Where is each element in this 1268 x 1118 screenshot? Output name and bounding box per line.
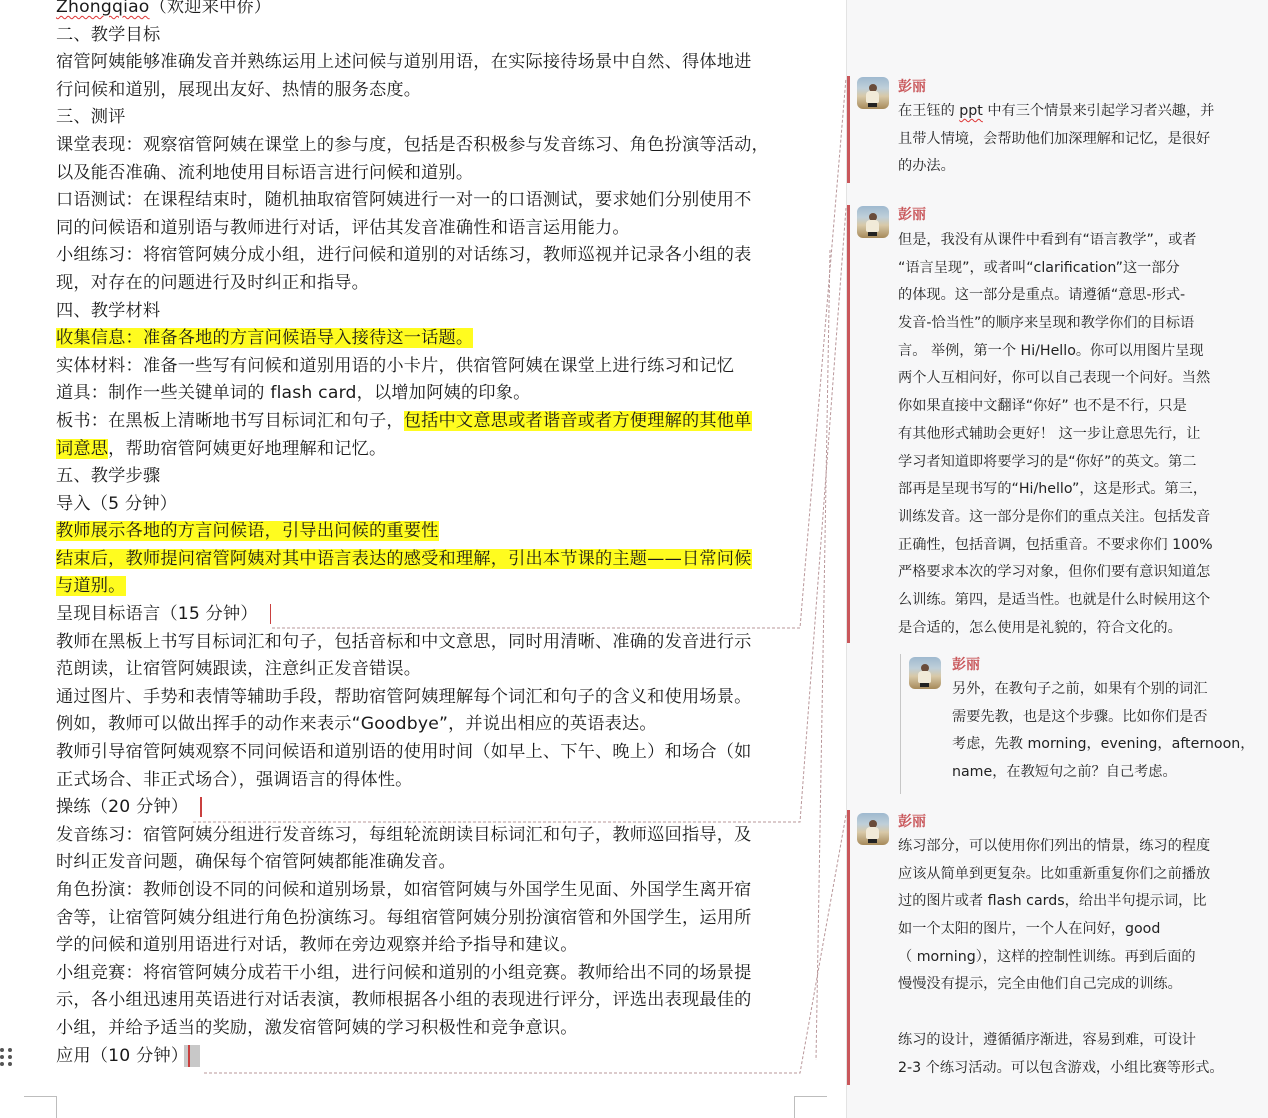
document-line: 板书：在黑板上清晰地书写目标词汇和句子，包括中文意思或者谐音或者方便理解的其他单: [56, 408, 798, 436]
comment-line: 你如果直接中文翻译“你好” 也不是不行，只是: [898, 393, 1213, 421]
document-line: 课堂表现：观察宿管阿姨在课堂上的参与度，包括是否积极参与发音练习、角色扮演等活动…: [56, 132, 798, 160]
text-run: 道具：制作一些关键单词的 flash card，以增加阿姨的印象。: [56, 383, 531, 403]
text-run: 角色扮演：教师创设不同的问候和道别场景，如宿管阿姨与外国学生见面、外国学生离开宿: [56, 880, 752, 900]
comment-line: 的办法。: [898, 153, 1214, 181]
comment-accent-bar: [847, 205, 850, 643]
document-line: Zhongqiao（欢迎来中侨）: [56, 0, 798, 22]
comment-line: 发音-恰当性”的顺序来呈现和教学你们的目标语: [898, 310, 1213, 338]
document-line: 发音练习：宿管阿姨分组进行发音练习，每组轮流朗读目标词汇和句子，教师巡回指导，及: [56, 822, 798, 850]
comment-text: 在王钰的 ppt 中有三个情景来引起学习者兴趣，并且带人情境，会帮助他们加深理解…: [898, 98, 1214, 181]
document-line: 学的问候和道别用语进行对话，教师在旁边观察并给予指导和建议。: [56, 932, 798, 960]
document-line: 与道别。: [56, 573, 798, 601]
text-run: 教师引导宿管阿姨观察不同问候语和道别语的使用时间（如早上、下午、晚上）和场合（如: [56, 742, 752, 762]
document-line: 收集信息：准备各地的方言问候语导入接待这一话题。: [56, 325, 798, 353]
highlighted-text: 与道别。: [56, 576, 126, 596]
avatar: [857, 77, 889, 109]
comment-anchor-caret[interactable]: [200, 797, 202, 817]
comment-line: 有其他形式辅助会更好！ 这一步让意思先行，让: [898, 421, 1213, 449]
comment-line: 两个人互相问好，你可以自己表现一个问好。当然: [898, 365, 1213, 393]
comment-line: 且带人情境，会帮助他们加深理解和记忆，是很好: [898, 126, 1214, 154]
document-line: 舍等，让宿管阿姨分组进行角色扮演练习。每组宿管阿姨分别扮演宿管和外国学生，运用所: [56, 905, 798, 933]
text-run: 实体材料：准备一些写有问候和道别用语的小卡片，供宿管阿姨在课堂上进行练习和记忆: [56, 356, 734, 376]
comment-line: 是合适的，怎么使用是礼貌的，符合文化的。: [898, 615, 1213, 643]
page-corner-mark-right: [794, 1096, 827, 1118]
text-run: 应用（10 分钟）: [56, 1046, 188, 1066]
comment-line: 么训练。第四，是适当性。也就是什么时候用这个: [898, 587, 1213, 615]
document-line: 角色扮演：教师创设不同的问候和道别场景，如宿管阿姨与外国学生见面、外国学生离开宿: [56, 877, 798, 905]
document-line: 宿管阿姨能够准确发音并熟练运用上述问候与道别用语，在实际接待场景中自然、得体地进: [56, 49, 798, 77]
document-line: 应用（10 分钟）: [56, 1043, 798, 1071]
comment-line: 正确性，包括音调，包括重音。不要求你们 100%: [898, 532, 1213, 560]
highlighted-text: 结束后，教师提问宿管阿姨对其中语言表达的感受和理解，引出本节课的主题——日常问候: [56, 549, 752, 569]
comment-anchor-caret[interactable]: [270, 604, 272, 624]
text-run: 小组练习：将宿管阿姨分成小组，进行问候和道别的对话练习，教师巡视并记录各小组的表: [56, 245, 752, 265]
text-run: 现，对存在的问题进行及时纠正和指导。: [56, 273, 369, 293]
comment-line: 严格要求本次的学习对象，但你们要有意识知道怎: [898, 559, 1213, 587]
text-run: 课堂表现：观察宿管阿姨在课堂上的参与度，包括是否积极参与发音练习、角色扮演等活动…: [56, 135, 769, 155]
reply-avatar: [909, 657, 941, 689]
text-run: 呈现目标语言（15 分钟）: [56, 604, 258, 624]
document-line: 教师在黑板上书写目标词汇和句子，包括音标和中文意思，同时用清晰、准确的发音进行示: [56, 629, 798, 657]
text-run: 教师在黑板上书写目标词汇和句子，包括音标和中文意思，同时用清晰、准确的发音进行示: [56, 632, 752, 652]
drag-handle-icon[interactable]: [0, 1048, 12, 1072]
comment-author: 彭丽: [898, 206, 926, 224]
text-run: 二、教学目标: [56, 25, 160, 45]
reply-indent-bar: [900, 654, 901, 794]
document-line: 小组练习：将宿管阿姨分成小组，进行问候和道别的对话练习，教师巡视并记录各小组的表: [56, 242, 798, 270]
text-run: 小组，并给予适当的奖励，激发宿管阿姨的学习积极性和竞争意识。: [56, 1018, 578, 1038]
page-corner-mark-left: [24, 1096, 57, 1118]
misspelled-word: Zhongqiao: [56, 0, 150, 17]
text-run: 以及能否准确、流利地使用目标语言进行问候和道别。: [56, 163, 473, 183]
text-run: 导入（5 分钟）: [56, 494, 177, 514]
document-body[interactable]: Zhongqiao（欢迎来中侨）二、教学目标宿管阿姨能够准确发音并熟练运用上述问…: [56, 0, 798, 1070]
text-run: （欢迎来中侨）: [150, 0, 272, 17]
document-line: 通过图片、手势和表情等辅助手段，帮助宿管阿姨理解每个词汇和句子的含义和使用场景。: [56, 684, 798, 712]
comment-line: name，在教短句之前？自己考虑。: [952, 759, 1254, 787]
comment-line: 训练发音。这一部分是你们的重点关注。包括发音: [898, 504, 1213, 532]
reply-author: 彭丽: [952, 656, 980, 674]
document-line: 行问候和道别，展现出友好、热情的服务态度。: [56, 77, 798, 105]
document-line: 示，各小组迅速用英语进行对话表演，教师根据各小组的表现进行评分，评选出表现最佳的: [56, 987, 798, 1015]
comment-line: 过的图片或者 flash cards，给出半句提示词，比: [898, 888, 1224, 916]
highlighted-text: 词意思: [56, 439, 108, 459]
document-page: Zhongqiao（欢迎来中侨）二、教学目标宿管阿姨能够准确发音并熟练运用上述问…: [0, 0, 846, 1118]
comment-author: 彭丽: [898, 78, 926, 96]
text-run: 例如，教师可以做出挥手的动作来表示“Goodbye”，并说出相应的英语表达。: [56, 714, 657, 734]
document-line: 例如，教师可以做出挥手的动作来表示“Goodbye”，并说出相应的英语表达。: [56, 711, 798, 739]
comment-line: 应该从简单到更复杂。比如重新重复你们之前播放: [898, 861, 1224, 889]
text-run: 范朗读，让宿管阿姨跟读，注意纠正发音错误。: [56, 659, 421, 679]
document-line: 小组，并给予适当的奖励，激发宿管阿姨的学习积极性和竞争意识。: [56, 1015, 798, 1043]
highlighted-text: 收集信息：准备各地的方言问候语导入接待这一话题。: [56, 328, 473, 348]
reply-text: 另外，在教句子之前，如果有个别的词汇需要先教，也是这个步骤。比如你们是否考虑，先…: [952, 676, 1254, 787]
text-run: 正式场合、非正式场合），强调语言的得体性。: [56, 770, 413, 790]
document-line: 教师引导宿管阿姨观察不同问候语和道别语的使用时间（如早上、下午、晚上）和场合（如: [56, 739, 798, 767]
comment-line: 练习的设计，遵循循序渐进，容易到难，可设计: [898, 1027, 1224, 1055]
document-line: 词意思，帮助宿管阿姨更好地理解和记忆。: [56, 436, 798, 464]
misspelled-word: ppt: [959, 103, 983, 119]
text-run: 时纠正发音问题，确保每个宿管阿姨都能准确发音。: [56, 852, 456, 872]
document-line: 正式场合、非正式场合），强调语言的得体性。: [56, 767, 798, 795]
comment-thread-2[interactable]: 彭丽 但是，我没有从课件中看到有“语言教学”，或者“语言呈现”，或者叫“clar…: [847, 205, 1268, 805]
comments-sidebar: 彭丽 在王钰的 ppt 中有三个情景来引起学习者兴趣，并且带人情境，会帮助他们加…: [846, 0, 1268, 1118]
highlighted-text: 包括中文意思或者谐音或者方便理解的其他单: [404, 411, 752, 431]
document-line: 导入（5 分钟）: [56, 491, 798, 519]
comment-line: 考虑，先教 morning，evening，afternoon，: [952, 731, 1254, 759]
text-run: 小组竞赛：将宿管阿姨分成若干小组，进行问候和道别的小组竞赛。教师给出不同的场景提: [56, 963, 752, 983]
comment-line: 部再是呈现书写的“Hi/hello”，这是形式。第三，: [898, 476, 1213, 504]
comment-line: 但是，我没有从课件中看到有“语言教学”，或者: [898, 227, 1213, 255]
comment-line: （ morning），这样的控制性训练。再到后面的: [898, 944, 1224, 972]
document-line: 口语测试：在课程结束时，随机抽取宿管阿姨进行一对一的口语测试，要求她们分别使用不: [56, 187, 798, 215]
highlighted-text: 教师展示各地的方言问候语，引导出问候的重要性: [56, 521, 439, 541]
text-run: 同的问候语和道别语与教师进行对话，评估其发音准确性和语言运用能力。: [56, 218, 630, 238]
avatar: [857, 813, 889, 845]
text-run: 行问候和道别，展现出友好、热情的服务态度。: [56, 80, 421, 100]
text-run: 五、教学步骤: [56, 466, 160, 486]
comment-text: 练习部分，可以使用你们列出的情景，练习的程度应该从简单到更复杂。比如重新重复你们…: [898, 833, 1224, 1082]
comment-line: 在王钰的 ppt 中有三个情景来引起学习者兴趣，并: [898, 98, 1214, 126]
text-selection-cursor[interactable]: [184, 1045, 200, 1067]
text-run: 通过图片、手势和表情等辅助手段，帮助宿管阿姨理解每个词汇和句子的含义和使用场景。: [56, 687, 752, 707]
comment-line: 如一个太阳的图片，一个人在问好，good: [898, 916, 1224, 944]
document-line: 呈现目标语言（15 分钟）: [56, 601, 798, 629]
text-run: 示，各小组迅速用英语进行对话表演，教师根据各小组的表现进行评分，评选出表现最佳的: [56, 990, 752, 1010]
comment-line: [898, 999, 1224, 1027]
comment-line: 练习部分，可以使用你们列出的情景，练习的程度: [898, 833, 1224, 861]
document-line: 二、教学目标: [56, 22, 798, 50]
comment-line: 言。 举例，第一个 Hi/Hello。你可以用图片呈现: [898, 338, 1213, 366]
comment-line: 慢慢没有提示，完全由他们自己完成的训练。: [898, 971, 1224, 999]
text-run: 学的问候和道别用语进行对话，教师在旁边观察并给予指导和建议。: [56, 935, 578, 955]
comment-line: “语言呈现”，或者叫“clarification”这一部分: [898, 255, 1213, 283]
comment-thread-1[interactable]: 彭丽 在王钰的 ppt 中有三个情景来引起学习者兴趣，并且带人情境，会帮助他们加…: [847, 76, 1268, 183]
text-run: 发音练习：宿管阿姨分组进行发音练习，每组轮流朗读目标词汇和句子，教师巡回指导，及: [56, 825, 752, 845]
comment-line: 另外，在教句子之前，如果有个别的词汇: [952, 676, 1254, 704]
document-line: 教师展示各地的方言问候语，引导出问候的重要性: [56, 518, 798, 546]
document-line: 实体材料：准备一些写有问候和道别用语的小卡片，供宿管阿姨在课堂上进行练习和记忆: [56, 353, 798, 381]
text-run: 舍等，让宿管阿姨分组进行角色扮演练习。每组宿管阿姨分别扮演宿管和外国学生，运用所: [56, 908, 752, 928]
text-run: 宿管阿姨能够准确发音并熟练运用上述问候与道别用语，在实际接待场景中自然、得体地进: [56, 52, 752, 72]
document-line: 小组竞赛：将宿管阿姨分成若干小组，进行问候和道别的小组竞赛。教师给出不同的场景提: [56, 960, 798, 988]
text-run: 口语测试：在课程结束时，随机抽取宿管阿姨进行一对一的口语测试，要求她们分别使用不: [56, 190, 752, 210]
text-run: 三、测评: [56, 107, 126, 127]
document-line: 范朗读，让宿管阿姨跟读，注意纠正发音错误。: [56, 656, 798, 684]
document-line: 操练（20 分钟）: [56, 794, 798, 822]
text-run: ，帮助宿管阿姨更好地理解和记忆。: [108, 439, 386, 459]
comment-text: 但是，我没有从课件中看到有“语言教学”，或者“语言呈现”，或者叫“clarifi…: [898, 227, 1213, 642]
text-run: 操练（20 分钟）: [56, 797, 188, 817]
document-line: 同的问候语和道别语与教师进行对话，评估其发音准确性和语言运用能力。: [56, 215, 798, 243]
document-line: 结束后，教师提问宿管阿姨对其中语言表达的感受和理解，引出本节课的主题——日常问候: [56, 546, 798, 574]
document-line: 五、教学步骤: [56, 463, 798, 491]
document-line: 四、教学材料: [56, 298, 798, 326]
avatar: [857, 206, 889, 238]
comment-accent-bar: [847, 76, 850, 183]
comment-accent-bar: [847, 810, 850, 1085]
comment-line: 2-3 个练习活动。可以包含游戏，小组比赛等形式。: [898, 1055, 1224, 1083]
comment-line: 学习者知道即将要学习的是“你好”的英文。第二: [898, 449, 1213, 477]
comment-line: 的体现。这一部分是重点。请遵循“意思-形式-: [898, 282, 1213, 310]
comment-thread-3[interactable]: 彭丽 练习部分，可以使用你们列出的情景，练习的程度应该从简单到更复杂。比如重新重…: [847, 810, 1268, 1085]
comment-line: 需要先教，也是这个步骤。比如你们是否: [952, 704, 1254, 732]
document-line: 道具：制作一些关键单词的 flash card，以增加阿姨的印象。: [56, 380, 798, 408]
document-line: 以及能否准确、流利地使用目标语言进行问候和道别。: [56, 160, 798, 188]
document-line: 三、测评: [56, 104, 798, 132]
text-run: 四、教学材料: [56, 301, 160, 321]
comment-author: 彭丽: [898, 813, 926, 831]
document-line: 时纠正发音问题，确保每个宿管阿姨都能准确发音。: [56, 849, 798, 877]
document-line: 现，对存在的问题进行及时纠正和指导。: [56, 270, 798, 298]
text-run: 板书：在黑板上清晰地书写目标词汇和句子，: [56, 411, 404, 431]
